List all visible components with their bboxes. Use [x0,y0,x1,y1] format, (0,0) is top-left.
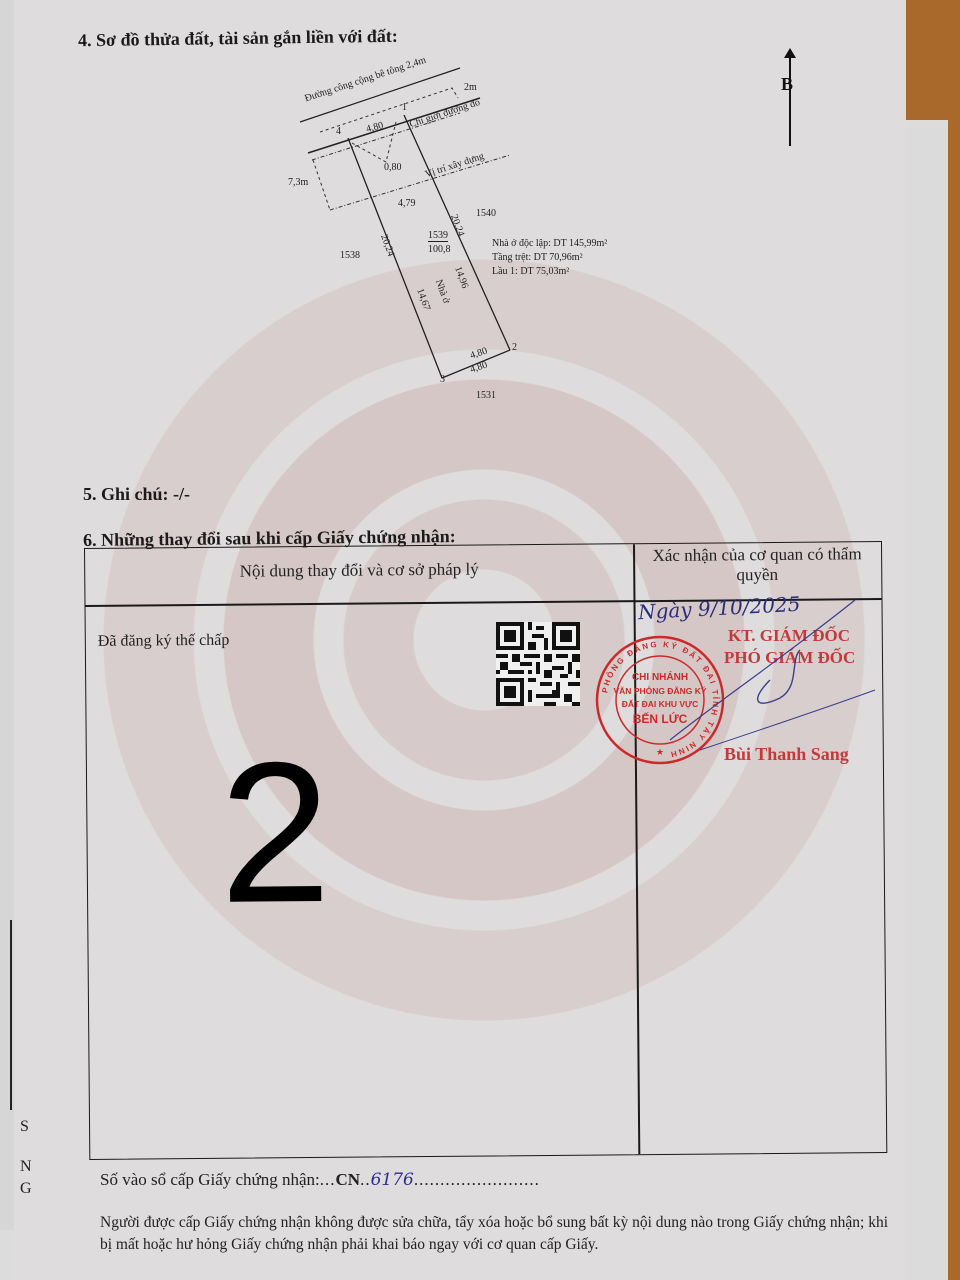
column-header-confirmation: Xác nhận của cơ quan có thẩm quyền [637,544,877,586]
edge-build: 4,79 [398,198,416,209]
parcel-area: 100,8 [428,244,451,255]
section-5-title: 5. Ghi chú: -/- [83,484,190,505]
parcel-number: 1539 [428,230,448,242]
north-label: B [781,74,793,95]
road-width: 2m [464,82,477,93]
building-info: Tầng trệt: DT 70,96m² [492,252,583,263]
corner-4: 4 [336,126,341,137]
signature-icon [640,590,880,770]
corner-3: 3 [440,374,445,385]
neighbor-bottom: 1531 [476,390,496,401]
registration-number: 6176 [371,1170,414,1190]
north-arrow-icon [788,48,792,148]
section-4-title: 4. Sơ đồ thửa đất, tài sản gắn liền với … [78,26,398,51]
building-info: Lầu 1: DT 75,03m² [492,266,569,277]
registration-label: Số vào sổ cấp Giấy chứng nhận: [100,1170,320,1189]
setback-label: 7,3m [288,177,308,188]
registration-prefix: CN [336,1170,361,1189]
land-plot-sketch: Đường công cộng bê tông 2,4m 2m Chỉ giới… [280,60,680,410]
setback-depth: 0,80 [384,162,402,173]
corner-2: 2 [512,342,517,353]
corner-1: 1 [402,102,407,113]
overlay-number: 2 [219,733,332,934]
notice-text: Người được cấp Giấy chứng nhận không đượ… [100,1212,900,1256]
qr-code[interactable] [496,622,580,706]
neighbor-right: 1540 [476,208,496,219]
signer-name: Bùi Thanh Sang [724,744,849,765]
building-info: Nhà ở độc lập: DT 145,99m² [492,238,607,249]
column-header-content: Nội dung thay đổi và cơ sở pháp lý [85,558,633,583]
neighbor-left: 1538 [340,250,360,261]
registration-line: Số vào sổ cấp Giấy chứng nhận:...CN..617… [100,1170,540,1190]
change-entry: Đã đăng ký thế chấp [98,632,230,651]
document: 4. Sơ đồ thửa đất, tài sản gắn liền với … [0,0,960,1280]
